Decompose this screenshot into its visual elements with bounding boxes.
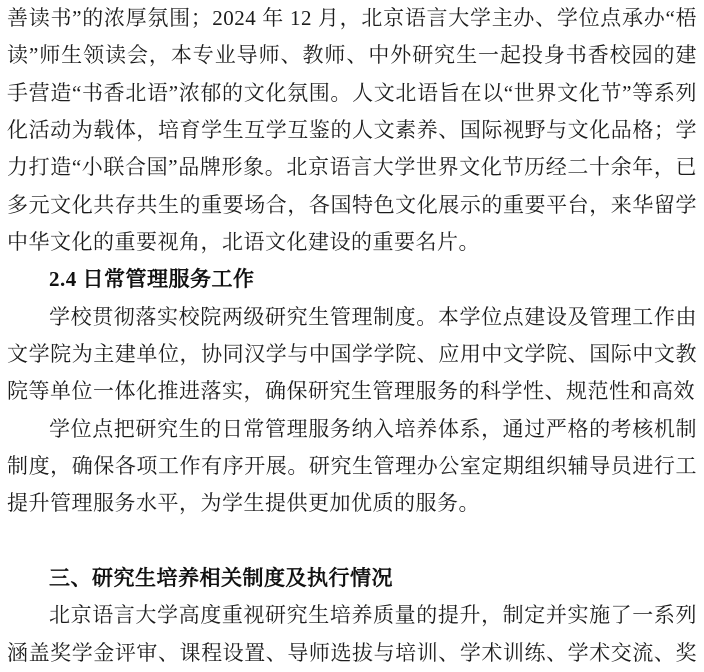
subsection-heading: 2.4 日常管理服务工作: [7, 261, 697, 298]
body-line: 善读书”的浓厚氛围；2024 年 12 月，北京语言大学主办、学位点承办“梧下悦: [7, 0, 697, 37]
body-line: 院等单位一体化推进落实，确保研究生管理服务的科学性、规范性和高效性。: [7, 373, 697, 410]
body-line: 学校贯彻落实校院两级研究生管理制度。本学位点建设及管理工作由国际中: [7, 299, 697, 336]
body-line: 涵盖奖学金评审、课程设置、导师选拔与培训、学术训练、学术交流、奖助体系: [7, 635, 697, 672]
body-line: 中华文化的重要视角，北语文化建设的重要名片。: [7, 224, 697, 261]
document-text-block: 善读书”的浓厚氛围；2024 年 12 月，北京语言大学主办、学位点承办“梧下悦…: [7, 0, 697, 672]
body-line: 化活动为载体，培育学生互学互鉴的人文素养、国际视野与文化品格；学位点倾: [7, 112, 697, 149]
body-line: 学位点把研究生的日常管理服务纳入培养体系，通过严格的考核机制和管理: [7, 411, 697, 448]
body-line: 力打造“小联合国”品牌形象。北京语言大学世界文化节历经二十余年，已成为: [7, 149, 697, 186]
body-line: 制度，确保各项工作有序开展。研究生管理办公室定期组织辅导员进行工作交流，: [7, 448, 697, 485]
body-line: 手营造“书香北语”浓郁的文化氛围。人文北语旨在以“世界文化节”等系列文: [7, 75, 697, 112]
document-page: 善读书”的浓厚氛围；2024 年 12 月，北京语言大学主办、学位点承办“梧下悦…: [0, 0, 704, 672]
body-line: 文学院为主建单位，协同汉学与中国学学院、应用中文学院、国际中文教育研究: [7, 336, 697, 373]
body-line: 提升管理服务水平，为学生提供更加优质的服务。: [7, 485, 697, 522]
section-heading: 三、研究生培养相关制度及执行情况: [7, 560, 697, 597]
body-line: 读”师生领读会，本专业导师、教师、中外研究生一起投身书香校园的建设，携: [7, 37, 697, 74]
body-line: 多元文化共存共生的重要场合，各国特色文化展示的重要平台，来华留学生理解: [7, 187, 697, 224]
body-line: 北京语言大学高度重视研究生培养质量的提升，制定并实施了一系列政策，: [7, 597, 697, 634]
blank-line: [7, 523, 697, 560]
